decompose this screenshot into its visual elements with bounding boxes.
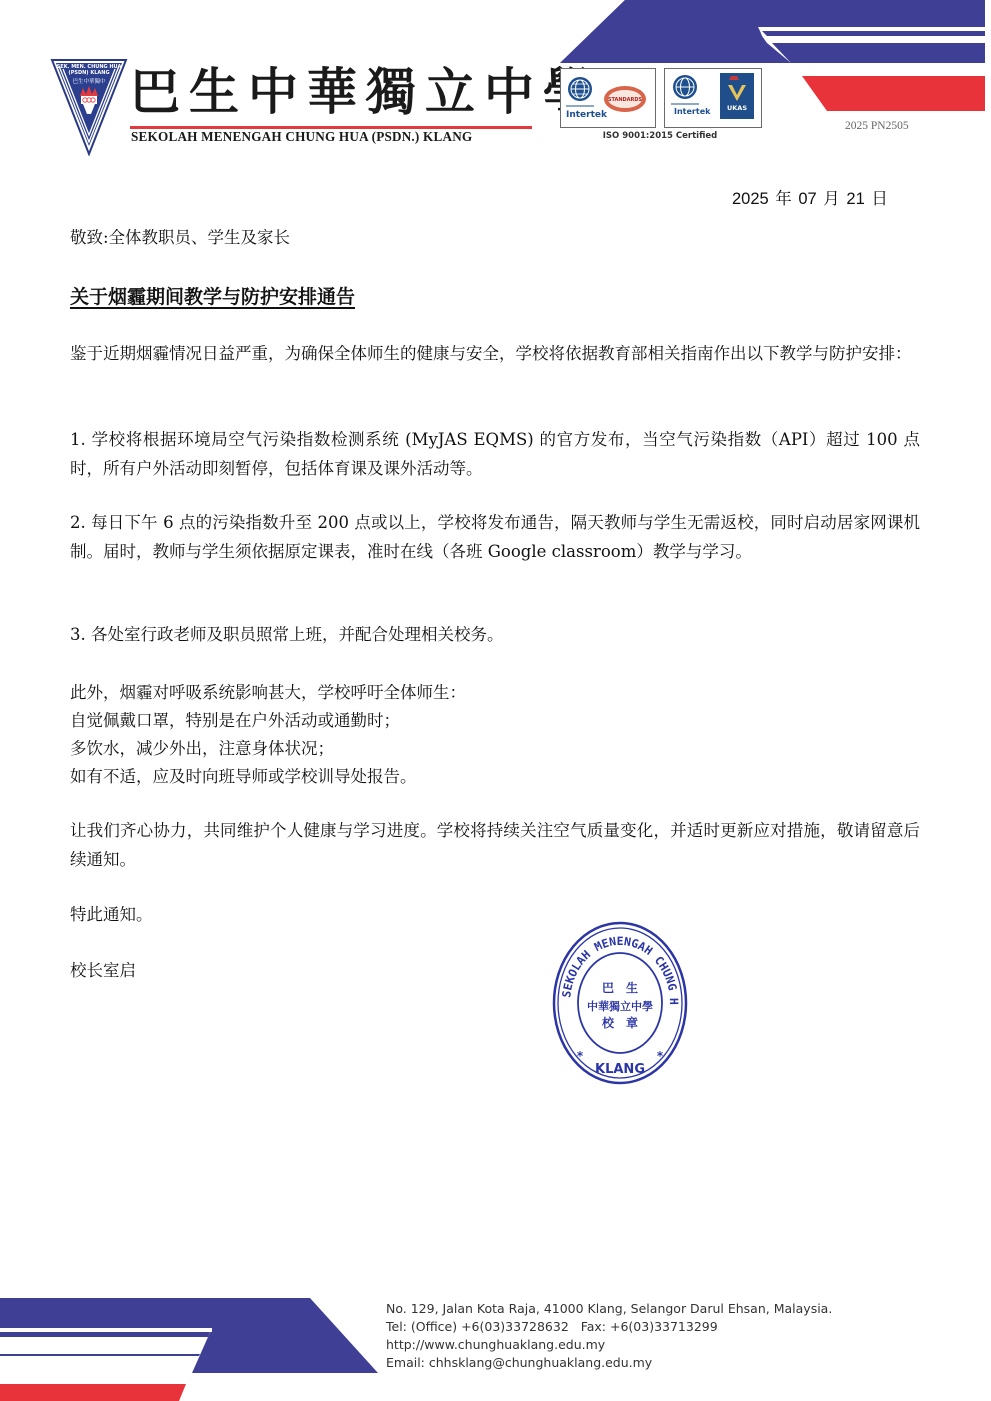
- footer-website-link[interactable]: http://www.chunghuaklang.edu.my: [386, 1336, 832, 1354]
- intertek-globe-icon: Intertek: [566, 77, 608, 120]
- list-item-2: 2. 每日下午 6 点的污染指数升至 200 点或以上，学校将发布通告，隔天教师…: [70, 508, 920, 566]
- school-name-chinese: 巴生中華獨立中學: [130, 62, 602, 122]
- star-icon: *: [577, 1049, 584, 1063]
- svg-text:校 章: 校 章: [601, 1015, 638, 1030]
- footer-tel-fax: Tel: (Office) +6(03)33728632 Fax: +6(03)…: [386, 1318, 832, 1336]
- school-seal-stamp: SEKOLAH MENENGAH CHUNG HUA (PERSENDIRIAN…: [552, 920, 688, 1086]
- reference-number: 2025 PN2505: [845, 120, 909, 132]
- school-name-english: SEKOLAH MENENGAH CHUNG HUA (PSDN.) KLANG: [131, 129, 472, 145]
- svg-text:巴 生: 巴 生: [602, 980, 638, 995]
- standards-malaysia-icon: STANDARDS: [604, 86, 646, 112]
- svg-text:(PSDN) KLANG: (PSDN) KLANG: [68, 70, 109, 76]
- svg-text:KLANG: KLANG: [595, 1062, 645, 1077]
- iso-badge-standards: Intertek STANDARDS: [560, 68, 656, 128]
- closing-line: 特此通知。: [70, 900, 153, 929]
- footer-stripes-decoration: [0, 1280, 380, 1401]
- school-crest-logo: SEK. MEN. CHUNG HUA (PSDN) KLANG 巴生中華獨中: [50, 58, 128, 156]
- advice-item-2: 多饮水，减少外出，注意身体状况；: [70, 734, 334, 763]
- star-icon: *: [657, 1049, 664, 1063]
- letter-date: 2025 年 07 月 21 日: [732, 185, 888, 209]
- footer-address: No. 129, Jalan Kota Raja, 41000 Klang, S…: [386, 1300, 832, 1318]
- advice-item-3: 如有不适，应及时向班导师或学校训导处报告。: [70, 762, 417, 791]
- svg-text:巴生中華獨中: 巴生中華獨中: [72, 77, 106, 85]
- svg-text:UKAS: UKAS: [727, 104, 747, 112]
- svg-text:Intertek: Intertek: [566, 110, 608, 120]
- notice-title: 关于烟霾期间教学与防护安排通告: [70, 283, 355, 312]
- intertek-globe-icon: Intertek: [671, 75, 711, 116]
- svg-text:中華獨立中學: 中華獨立中學: [587, 999, 653, 1013]
- advice-item-1: 自觉佩戴口罩，特别是在户外活动或通勤时；: [70, 706, 400, 735]
- closing-paragraph: 让我们齐心协力，共同维护个人健康与学习进度。学校将持续关注空气质量变化，并适时更…: [70, 816, 920, 874]
- list-item-1: 1. 学校将根据环境局空气污染指数检测系统 (MyJAS EQMS) 的官方发布…: [70, 425, 920, 483]
- signature-line: 校长室启: [70, 956, 136, 985]
- list-item-3: 3. 各处室行政老师及职员照常上班，并配合处理相关校务。: [70, 620, 920, 649]
- ukas-logo-icon: UKAS: [720, 73, 754, 119]
- iso-certified-caption: ISO 9001:2015 Certified: [560, 131, 760, 141]
- recipient-line: 敬致:全体教职员、学生及家长: [70, 223, 290, 252]
- svg-text:STANDARDS: STANDARDS: [608, 97, 643, 103]
- advice-intro: 此外，烟霾对呼吸系统影响甚大，学校呼吁全体师生：: [70, 678, 466, 707]
- footer-email-link[interactable]: Email: chhsklang@chunghuaklang.edu.my: [386, 1354, 832, 1372]
- footer-contact-info: No. 129, Jalan Kota Raja, 41000 Klang, S…: [386, 1300, 832, 1372]
- iso-badge-ukas: Intertek UKAS: [664, 68, 762, 128]
- svg-text:Intertek: Intertek: [674, 107, 711, 116]
- intro-paragraph: 鉴于近期烟霾情况日益严重，为确保全体师生的健康与安全，学校将依据教育部相关指南作…: [70, 339, 920, 368]
